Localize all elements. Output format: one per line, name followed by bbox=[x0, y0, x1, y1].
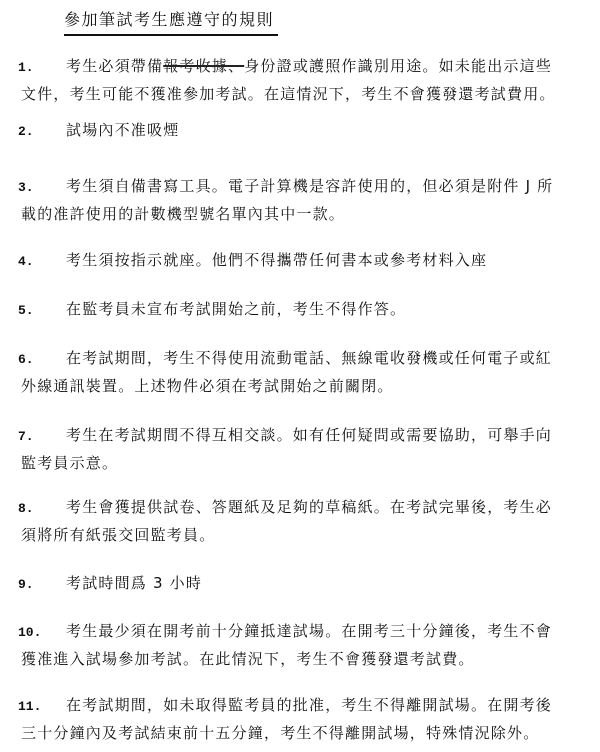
rule-item-6: 6.在考試期間，考生不得使用流動電話、無線電收發機或任何電子或紅 外線通訊裝置。… bbox=[18, 345, 588, 399]
rule-item-2: 2.試場內不准吸煙 bbox=[18, 117, 588, 145]
rule-text-continued: 載的准許使用的計數機型號名單內其中一款。 bbox=[18, 201, 588, 227]
struck-text: 報考收據、 bbox=[163, 57, 244, 75]
rule-item-5: 5.在監考員未宣布考試開始之前，考生不得作答。 bbox=[18, 296, 588, 324]
rule-text-continued: 文件，考生可能不獲准參加考試。在這情況下，考生不會獲發還考試費用。 bbox=[18, 81, 588, 107]
rule-item-3: 3.考生須自備書寫工具。電子計算機是容許使用的，但必須是附件 J 所 載的准許使… bbox=[18, 173, 588, 227]
rule-number: 1. bbox=[18, 55, 66, 81]
rule-number: 3. bbox=[18, 175, 66, 201]
rule-text-after: 身份證或護照作識別用途。如未能出示這些 bbox=[244, 57, 552, 75]
rule-text-continued: 外線通訊裝置。上述物件必須在考試開始之前關閉。 bbox=[18, 373, 588, 399]
rule-number: 6. bbox=[18, 347, 66, 373]
rule-number: 2. bbox=[18, 119, 66, 145]
rule-text: 在監考員未宣布考試開始之前，考生不得作答。 bbox=[66, 300, 406, 318]
rule-text-continued: 須將所有紙張交回監考員。 bbox=[18, 522, 588, 548]
rule-text-continued: 監考員示意。 bbox=[18, 450, 588, 476]
rule-text: 在考試期間，如未取得監考員的批准，考生不得離開試場。在開考後 bbox=[66, 696, 552, 714]
rule-number: 7. bbox=[18, 424, 66, 450]
rule-text-continued: 獲准進入試場參加考試。在此情況下，考生不會獲發還考試費。 bbox=[18, 646, 588, 672]
rule-item-7: 7.考生在考試期間不得互相交談。如有任何疑問或需要協助，可舉手向 監考員示意。 bbox=[18, 422, 588, 476]
rule-item-9: 9.考試時間爲 3 小時 bbox=[18, 570, 588, 598]
rule-text: 考生會獲提供試卷、答題紙及足夠的草稿紙。在考試完畢後，考生必 bbox=[66, 498, 552, 516]
rule-text: 考生須自備書寫工具。電子計算機是容許使用的，但必須是附件 J 所 bbox=[66, 177, 553, 195]
rule-number: 4. bbox=[18, 249, 66, 275]
rule-item-4: 4.考生須按指示就座。他們不得攜帶任何書本或參考材料入座 bbox=[18, 247, 588, 275]
rule-text: 考試時間爲 3 小時 bbox=[66, 574, 202, 592]
document-title: 參加筆試考生應遵守的規則 bbox=[64, 7, 278, 36]
rule-item-1: 1.考生必須帶備報考收據、身份證或護照作識別用途。如未能出示這些 文件，考生可能… bbox=[18, 53, 588, 107]
rule-text-before: 考生必須帶備 bbox=[66, 57, 163, 75]
rule-text: 在考試期間，考生不得使用流動電話、無線電收發機或任何電子或紅 bbox=[66, 349, 552, 367]
rule-number: 8. bbox=[18, 496, 66, 522]
rule-text: 考生在考試期間不得互相交談。如有任何疑問或需要協助，可舉手向 bbox=[66, 426, 552, 444]
rule-number: 9. bbox=[18, 572, 66, 598]
rule-text-continued: 三十分鐘內及考試結束前十五分鐘，考生不得離開試場，特殊情況除外。 bbox=[18, 720, 588, 746]
rule-item-11: 11.在考試期間，如未取得監考員的批准，考生不得離開試場。在開考後 三十分鐘內及… bbox=[18, 692, 588, 746]
rule-item-10: 10.考生最少須在開考前十分鐘抵達試場。在開考三十分鐘後，考生不會 獲准進入試場… bbox=[18, 618, 588, 672]
rule-text: 考生最少須在開考前十分鐘抵達試場。在開考三十分鐘後，考生不會 bbox=[66, 622, 552, 640]
rule-item-8: 8.考生會獲提供試卷、答題紙及足夠的草稿紙。在考試完畢後，考生必 須將所有紙張交… bbox=[18, 494, 588, 548]
rule-text: 考生須按指示就座。他們不得攜帶任何書本或參考材料入座 bbox=[66, 251, 487, 269]
rule-number: 11. bbox=[18, 694, 66, 720]
rule-number: 10. bbox=[18, 620, 66, 646]
rule-number: 5. bbox=[18, 298, 66, 324]
rule-text: 試場內不准吸煙 bbox=[66, 121, 179, 139]
